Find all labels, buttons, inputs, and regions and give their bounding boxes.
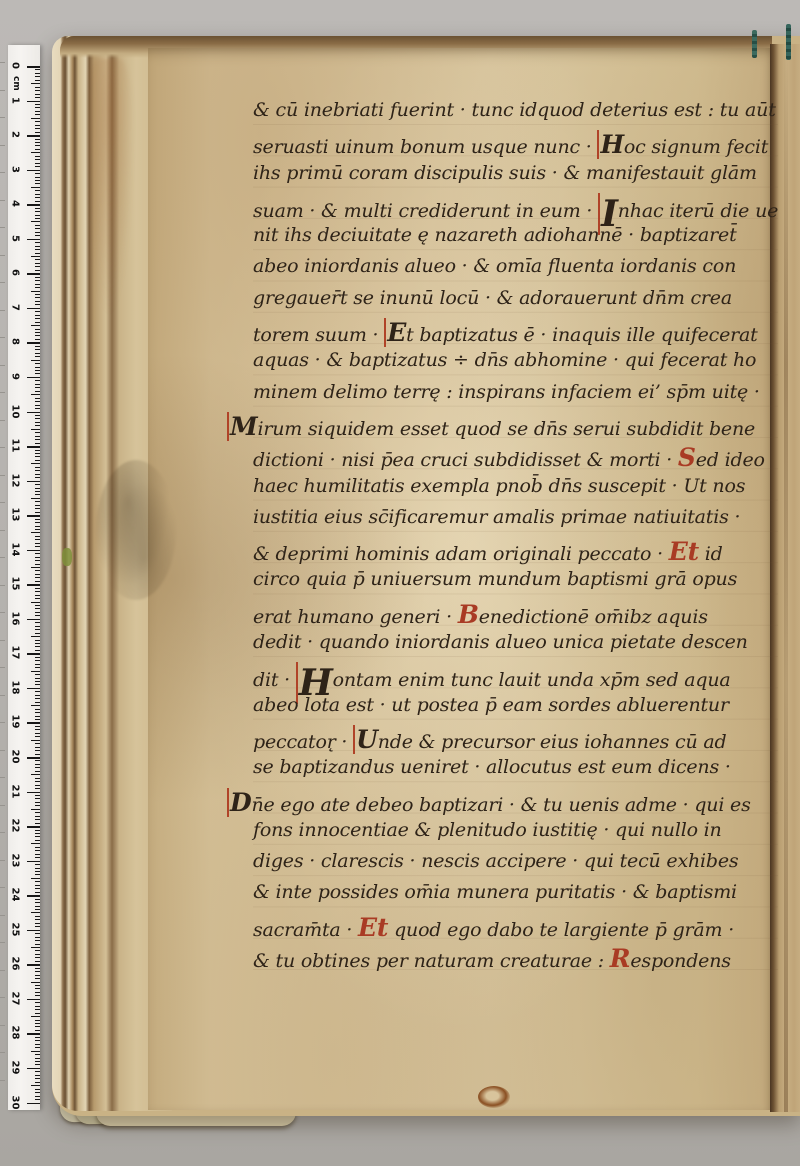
text-segment: haec humilitatis exempla pnob̄ dn̄s susc… bbox=[253, 475, 745, 497]
edge-dash bbox=[0, 915, 5, 916]
ruler-tick-cm bbox=[27, 722, 40, 724]
ruler-tick-mm bbox=[35, 626, 40, 627]
ruler-tick-mm bbox=[35, 208, 40, 209]
ruler-tick-mm bbox=[35, 968, 40, 969]
ruler-tick-mm bbox=[35, 1026, 40, 1027]
ruler-number: 7 bbox=[10, 300, 21, 314]
ruler-tick-mm bbox=[35, 819, 40, 820]
edge-dash bbox=[0, 530, 5, 531]
manuscript-line-4: suam · & multi crediderunt in eum · Inha… bbox=[253, 193, 778, 224]
ruler-tick-mm bbox=[35, 640, 40, 641]
ruler-tick-mm bbox=[35, 508, 40, 509]
ruler-tick-mm bbox=[31, 291, 40, 292]
text-segment: aquas · & baptizatus ÷ dn̄s abhomine · q… bbox=[253, 349, 756, 371]
ruler-tick-mm bbox=[35, 450, 40, 451]
text-segment: enedictionē om̄ibz aquis bbox=[479, 606, 708, 628]
text-segment: & inte possides om̄ia munera puritatis ·… bbox=[253, 881, 737, 903]
ruler-tick-mm bbox=[35, 87, 40, 88]
manuscript-line-10: minem delimo terrę : inspirans infaciem … bbox=[253, 381, 778, 412]
ruler-tick-mm bbox=[35, 629, 40, 630]
ruler-tick-mm bbox=[35, 716, 40, 717]
ruler-tick-mm bbox=[35, 747, 40, 748]
text-segment: gregauer̄t se inunū locū · & adorauerunt… bbox=[253, 287, 732, 309]
ruler-number: 15 bbox=[10, 577, 21, 591]
text-segment: iustitia eius sc̄ificaremur amalis prima… bbox=[253, 506, 740, 528]
ruler-tick-mm bbox=[35, 228, 40, 229]
ruler-tick-mm bbox=[35, 456, 40, 457]
ruler-tick-mm bbox=[35, 926, 40, 927]
ruler-tick-mm bbox=[35, 836, 40, 837]
ruler-tick-cm bbox=[27, 481, 40, 483]
edge-dash bbox=[0, 90, 5, 91]
ruler-tick-mm bbox=[35, 263, 40, 264]
ruler-tick-mm bbox=[35, 795, 40, 796]
ruler-tick-mm bbox=[35, 215, 40, 216]
text-segment: dit · bbox=[253, 669, 296, 691]
manuscript-line-26: & inte possides om̄ia munera puritatis ·… bbox=[253, 881, 778, 912]
ruler-tick-mm bbox=[35, 197, 40, 198]
ruler-tick-mm bbox=[35, 159, 40, 160]
ruler-tick-mm bbox=[35, 501, 40, 502]
ruler-tick-mm bbox=[31, 394, 40, 395]
edge-dash bbox=[0, 997, 5, 998]
edge-dash bbox=[0, 282, 5, 283]
ruler-tick-mm bbox=[35, 107, 40, 108]
text-segment: minem delimo terrę : inspirans infaciem … bbox=[253, 381, 760, 403]
ruler-tick-mm bbox=[35, 840, 40, 841]
ruler-tick-mm bbox=[35, 1061, 40, 1062]
ruler-tick-mm bbox=[31, 1016, 40, 1017]
manuscript-line-5: nit ihs deciuitate ę nazareth adiohannē … bbox=[253, 224, 778, 255]
ruler-tick-mm bbox=[35, 577, 40, 578]
ruler-number: 17 bbox=[10, 646, 21, 660]
ruler-tick-mm bbox=[35, 1013, 40, 1014]
ruler-tick-mm bbox=[35, 474, 40, 475]
edge-dash bbox=[0, 310, 5, 311]
ruler-tick-mm bbox=[35, 484, 40, 485]
edge-dash bbox=[0, 695, 5, 696]
ruler-number: 19 bbox=[10, 715, 21, 729]
ruler-tick-cm bbox=[27, 1103, 40, 1105]
ruler-number: 9 bbox=[10, 369, 21, 383]
ruler-tick-mm bbox=[35, 805, 40, 806]
ruler-number: 27 bbox=[10, 991, 21, 1005]
text-segment: nhac iterū die ue bbox=[618, 200, 778, 222]
ruler-tick-mm bbox=[35, 346, 40, 347]
ruler-tick-mm bbox=[35, 546, 40, 547]
edge-dash bbox=[0, 447, 5, 448]
ruler-tick-mm bbox=[35, 712, 40, 713]
ruler-tick-mm bbox=[35, 401, 40, 402]
ruler-tick-mm bbox=[35, 460, 40, 461]
ruler-tick-mm bbox=[35, 560, 40, 561]
text-segment: circo quia p̄ uniuersum mundum baptismi … bbox=[253, 568, 737, 590]
ruler-tick-mm bbox=[35, 512, 40, 513]
manuscript-line-23: Dn̄e ego ate debeo baptizari · & tu ueni… bbox=[227, 788, 778, 819]
ruler-tick-mm bbox=[31, 740, 40, 741]
ruler-tick-mm bbox=[31, 152, 40, 153]
edge-dash bbox=[0, 887, 5, 888]
ruler-tick-mm bbox=[35, 180, 40, 181]
ruler-tick-mm bbox=[35, 902, 40, 903]
rubric-initial: E bbox=[384, 318, 406, 347]
cm-ruler: 0cm1234567891011121314151617181920212223… bbox=[8, 45, 40, 1110]
stain-bottom-center bbox=[478, 1086, 510, 1108]
ruler-number: 28 bbox=[10, 1026, 21, 1040]
stain-green-dot bbox=[62, 548, 72, 566]
ruler-tick-mm bbox=[35, 1020, 40, 1021]
ruler-tick-mm bbox=[35, 988, 40, 989]
ruler-tick-mm bbox=[35, 408, 40, 409]
ruler-tick-mm bbox=[35, 864, 40, 865]
ruler-tick-mm bbox=[35, 453, 40, 454]
ruler-tick-mm bbox=[35, 957, 40, 958]
ruler-tick-mm bbox=[31, 912, 40, 913]
ruler-tick-mm bbox=[31, 463, 40, 464]
ruler-tick-mm bbox=[35, 439, 40, 440]
manuscript-line-16: circo quia p̄ uniuersum mundum baptismi … bbox=[253, 568, 778, 599]
ruler-tick-mm bbox=[35, 121, 40, 122]
ruler-tick-mm bbox=[35, 539, 40, 540]
ruler-number: 11 bbox=[10, 439, 21, 453]
ruler-tick-mm bbox=[35, 1096, 40, 1097]
ruler-tick-mm bbox=[35, 173, 40, 174]
ruler-number: 3 bbox=[10, 162, 21, 176]
ruler-tick-mm bbox=[35, 353, 40, 354]
ruler-tick-mm bbox=[35, 73, 40, 74]
ruler-tick-mm bbox=[35, 356, 40, 357]
text-segment: peccator̨ · bbox=[253, 731, 353, 753]
gutter-shadow bbox=[784, 44, 788, 1112]
ruler-tick-cm bbox=[27, 342, 40, 344]
ruler-tick-mm bbox=[35, 950, 40, 951]
ruler-tick-cm bbox=[27, 1068, 40, 1070]
text-segment: torem suum · bbox=[253, 324, 384, 346]
ruler-tick-mm bbox=[35, 488, 40, 489]
text-segment: se baptizandus ueniret · allocutus est e… bbox=[253, 756, 731, 778]
ruler-tick-mm bbox=[35, 1078, 40, 1079]
ruler-tick-mm bbox=[35, 1075, 40, 1076]
ruler-tick-mm bbox=[31, 429, 40, 430]
ruler-tick-mm bbox=[35, 788, 40, 789]
edge-dash bbox=[0, 970, 5, 971]
manuscript-photo: & cū inebriati fuerint · tunc idquod det… bbox=[0, 0, 800, 1166]
ruler-tick-cm bbox=[27, 273, 40, 275]
ruler-tick-mm bbox=[35, 90, 40, 91]
ruler-tick-mm bbox=[35, 335, 40, 336]
ruler-tick-mm bbox=[31, 878, 40, 879]
ruler-tick-mm bbox=[35, 1082, 40, 1083]
ruler-tick-mm bbox=[35, 698, 40, 699]
ruler-tick-mm bbox=[35, 225, 40, 226]
text-segment: irum siquidem esset quod se dn̄s serui s… bbox=[257, 418, 755, 440]
ruler-tick-mm bbox=[31, 809, 40, 810]
manuscript-line-27: sacram̄ta · Et quod ego dabo te largient… bbox=[253, 913, 778, 944]
ruler-tick-mm bbox=[35, 1089, 40, 1090]
ruler-tick-mm bbox=[35, 494, 40, 495]
edge-dash bbox=[0, 475, 5, 476]
ruler-tick-mm bbox=[35, 104, 40, 105]
ruler-tick-mm bbox=[35, 736, 40, 737]
ruler-tick-mm bbox=[35, 823, 40, 824]
ruler-tick-mm bbox=[35, 418, 40, 419]
ruler-tick-mm bbox=[35, 978, 40, 979]
ruler-tick-mm bbox=[35, 373, 40, 374]
ruler-tick-mm bbox=[35, 211, 40, 212]
text-segment: fons innocentiae & plenitudo iustitię · … bbox=[253, 819, 722, 841]
ruler-tick-cm bbox=[27, 204, 40, 206]
ruler-tick-mm bbox=[35, 615, 40, 616]
ruler-number: 2 bbox=[10, 128, 21, 142]
ruler-tick-mm bbox=[35, 598, 40, 599]
ruler-tick-mm bbox=[35, 954, 40, 955]
manuscript-line-21: peccator̨ · Unde & precursor eius iohann… bbox=[253, 725, 778, 756]
ruler-tick-mm bbox=[35, 432, 40, 433]
ruler-tick-mm bbox=[35, 612, 40, 613]
text-segment: t baptizatus ē · inaquis ille quifecerat bbox=[406, 324, 758, 346]
ruler-tick-mm bbox=[35, 767, 40, 768]
ruler-tick-mm bbox=[35, 719, 40, 720]
ruler-tick-mm bbox=[35, 128, 40, 129]
ruler-tick-mm bbox=[35, 505, 40, 506]
ruler-tick-mm bbox=[35, 940, 40, 941]
ruler-tick-mm bbox=[35, 80, 40, 81]
ruler-number: 30 bbox=[10, 1095, 21, 1109]
ruler-tick-mm bbox=[35, 833, 40, 834]
manuscript-line-11: Mirum siquidem esset quod se dn̄s serui … bbox=[227, 412, 778, 443]
ruler-tick-mm bbox=[35, 919, 40, 920]
ruler-tick-mm bbox=[35, 1054, 40, 1055]
ruler-number: 8 bbox=[10, 335, 21, 349]
ruler-tick-cm bbox=[27, 135, 40, 137]
ruler-tick-mm bbox=[35, 781, 40, 782]
ruler-tick-mm bbox=[35, 681, 40, 682]
ruler-tick-mm bbox=[35, 684, 40, 685]
edge-dash bbox=[0, 392, 5, 393]
manuscript-line-15: & deprimi hominis adam originali peccato… bbox=[253, 537, 778, 568]
rubric-initial: Et bbox=[669, 537, 699, 566]
ruler-tick-mm bbox=[35, 906, 40, 907]
ruler-tick-mm bbox=[31, 1051, 40, 1052]
edge-dash bbox=[0, 860, 5, 861]
ruler-tick-cm bbox=[27, 757, 40, 759]
ruler-tick-mm bbox=[35, 519, 40, 520]
ruler-tick-mm bbox=[35, 391, 40, 392]
ruler-tick-mm bbox=[35, 311, 40, 312]
bookmark-thread-icon bbox=[752, 30, 757, 58]
ruler-tick-cm bbox=[27, 653, 40, 655]
ruler-tick-cm bbox=[27, 688, 40, 690]
ruler-tick-mm bbox=[35, 405, 40, 406]
edge-dash bbox=[0, 805, 5, 806]
ruler-tick-mm bbox=[35, 678, 40, 679]
ruler-tick-cm bbox=[27, 584, 40, 586]
ruler-tick-mm bbox=[35, 892, 40, 893]
rubric-initial: M bbox=[227, 412, 257, 441]
rubric-initial: Et bbox=[358, 913, 388, 942]
manuscript-text-block: & cū inebriati fuerint · tunc idquod det… bbox=[253, 99, 778, 975]
ruler-tick-mm bbox=[35, 156, 40, 157]
edge-dash bbox=[0, 365, 5, 366]
manuscript-line-25: diges · clarescis · nescis accipere · qu… bbox=[253, 850, 778, 881]
ruler-tick-mm bbox=[35, 778, 40, 779]
stain-left-margin bbox=[96, 460, 176, 600]
ruler-tick-mm bbox=[35, 850, 40, 851]
ruler-tick-mm bbox=[35, 536, 40, 537]
edge-dash bbox=[0, 667, 5, 668]
ruler-tick-mm bbox=[35, 266, 40, 267]
text-segment: & deprimi hominis adam originali peccato… bbox=[253, 543, 669, 565]
ruler-tick-mm bbox=[35, 249, 40, 250]
ruler-tick-mm bbox=[35, 933, 40, 934]
text-segment: ed ideo bbox=[696, 449, 765, 471]
rubric-initial: U bbox=[353, 725, 378, 754]
ruler-tick-mm bbox=[35, 785, 40, 786]
edge-dash bbox=[0, 832, 5, 833]
ruler-tick-mm bbox=[35, 992, 40, 993]
manuscript-line-22: se baptizandus ueniret · allocutus est e… bbox=[253, 756, 778, 787]
ruler-number: 13 bbox=[10, 508, 21, 522]
ruler-tick-mm bbox=[35, 691, 40, 692]
ruler-tick-mm bbox=[35, 166, 40, 167]
ruler-tick-mm bbox=[35, 201, 40, 202]
text-segment: diges · clarescis · nescis accipere · qu… bbox=[253, 850, 738, 872]
ruler-tick-mm bbox=[35, 387, 40, 388]
ruler-tick-mm bbox=[35, 1044, 40, 1045]
ruler-tick-mm bbox=[31, 982, 40, 983]
manuscript-line-13: haec humilitatis exempla pnob̄ dn̄s susc… bbox=[253, 475, 778, 506]
ruler-tick-mm bbox=[35, 235, 40, 236]
manuscript-line-18: dedit · quando iniordanis alueo unica pi… bbox=[253, 631, 778, 662]
ruler-tick-mm bbox=[35, 1023, 40, 1024]
ruler-tick-mm bbox=[35, 470, 40, 471]
ruler-number: 14 bbox=[10, 542, 21, 556]
ruler-tick-mm bbox=[35, 854, 40, 855]
ruler-tick-mm bbox=[35, 522, 40, 523]
ruler-tick-cm bbox=[27, 308, 40, 310]
ruler-tick-mm bbox=[35, 650, 40, 651]
ruler-tick-mm bbox=[35, 142, 40, 143]
ruler-tick-mm bbox=[35, 909, 40, 910]
ruler-number: 4 bbox=[10, 197, 21, 211]
ruler-tick-cm bbox=[27, 550, 40, 552]
ruler-tick-mm bbox=[35, 937, 40, 938]
ruler-tick-mm bbox=[35, 985, 40, 986]
edge-dash bbox=[0, 1025, 5, 1026]
ruler-tick-mm bbox=[35, 709, 40, 710]
ruler-tick-mm bbox=[35, 1002, 40, 1003]
ruler-tick-mm bbox=[35, 750, 40, 751]
ruler-tick-mm bbox=[35, 294, 40, 295]
text-segment: id bbox=[699, 543, 723, 565]
ruler-tick-mm bbox=[35, 595, 40, 596]
ruler-tick-mm bbox=[35, 1040, 40, 1041]
ruler-tick-mm bbox=[35, 1047, 40, 1048]
ruler-tick-cm bbox=[27, 66, 40, 68]
ruler-tick-mm bbox=[35, 646, 40, 647]
manuscript-line-14: iustitia eius sc̄ificaremur amalis prima… bbox=[253, 506, 778, 537]
ruler-number: 29 bbox=[10, 1060, 21, 1074]
ruler-tick-cm bbox=[27, 170, 40, 172]
ruler-number: 24 bbox=[10, 888, 21, 902]
ruler-tick-mm bbox=[35, 194, 40, 195]
ruler-tick-mm bbox=[31, 325, 40, 326]
ruler-number: 25 bbox=[10, 922, 21, 936]
ruler-tick-mm bbox=[35, 384, 40, 385]
ruler-tick-mm bbox=[35, 726, 40, 727]
ruler-tick-mm bbox=[31, 1085, 40, 1086]
text-segment: oc signum fecit bbox=[624, 136, 768, 158]
manuscript-line-28: & tu obtines per naturam creaturae : Res… bbox=[253, 944, 778, 975]
ruler-number: 23 bbox=[10, 853, 21, 867]
ruler-tick-mm bbox=[35, 881, 40, 882]
text-segment: seruasti uinum bonum usque nunc · bbox=[253, 136, 597, 158]
ruler-tick-mm bbox=[31, 360, 40, 361]
ruler-tick-mm bbox=[31, 671, 40, 672]
ruler-tick-mm bbox=[31, 83, 40, 84]
ruler-tick-mm bbox=[35, 125, 40, 126]
ruler-tick-mm bbox=[35, 94, 40, 95]
ruler-tick-mm bbox=[35, 232, 40, 233]
ruler-tick-mm bbox=[35, 588, 40, 589]
ruler-number: 6 bbox=[10, 266, 21, 280]
ruler-tick-cm bbox=[27, 1033, 40, 1035]
ruler-tick-mm bbox=[35, 114, 40, 115]
ruler-tick-mm bbox=[35, 591, 40, 592]
ruler-tick-mm bbox=[35, 132, 40, 133]
ruler-tick-mm bbox=[35, 280, 40, 281]
ruler-tick-mm bbox=[35, 944, 40, 945]
edge-dash bbox=[0, 172, 5, 173]
ruler-tick-mm bbox=[31, 567, 40, 568]
edge-dash bbox=[0, 942, 5, 943]
ruler-tick-mm bbox=[35, 149, 40, 150]
ruler-tick-mm bbox=[35, 857, 40, 858]
ruler-tick-mm bbox=[35, 491, 40, 492]
text-segment: erat humano generi · bbox=[253, 606, 458, 628]
ruler-tick-mm bbox=[31, 498, 40, 499]
ruler-tick-mm bbox=[35, 380, 40, 381]
ruler-tick-mm bbox=[35, 183, 40, 184]
ruler-tick-mm bbox=[35, 871, 40, 872]
ruler-tick-mm bbox=[35, 553, 40, 554]
edge-dash bbox=[0, 612, 5, 613]
ruler-tick-mm bbox=[35, 363, 40, 364]
ruler-number: 10 bbox=[10, 404, 21, 418]
ruler-tick-mm bbox=[35, 729, 40, 730]
ruler-tick-mm bbox=[35, 657, 40, 658]
ruler-number: 0 bbox=[10, 59, 21, 73]
ruler-tick-mm bbox=[35, 97, 40, 98]
ruler-tick-mm bbox=[31, 705, 40, 706]
ruler-tick-cm bbox=[27, 792, 40, 794]
text-segment: ihs primū coram discipulis suis · & mani… bbox=[253, 162, 757, 184]
ruler-number: 16 bbox=[10, 611, 21, 625]
ruler-tick-mm bbox=[35, 574, 40, 575]
ruler-tick-mm bbox=[31, 221, 40, 222]
edge-dash bbox=[0, 640, 5, 641]
edge-dash bbox=[0, 722, 5, 723]
ruler-tick-mm bbox=[35, 145, 40, 146]
text-segment: suam · & multi crediderunt in eum · bbox=[253, 200, 598, 222]
ruler-tick-mm bbox=[35, 816, 40, 817]
ruler-tick-cm bbox=[27, 101, 40, 103]
ruler-tick-mm bbox=[35, 287, 40, 288]
ruler-tick-mm bbox=[35, 322, 40, 323]
ruler-tick-mm bbox=[35, 888, 40, 889]
ruler-tick-mm bbox=[35, 301, 40, 302]
manuscript-line-12: dictioni · nisi p̄ea cruci subdidisset &… bbox=[253, 443, 778, 474]
